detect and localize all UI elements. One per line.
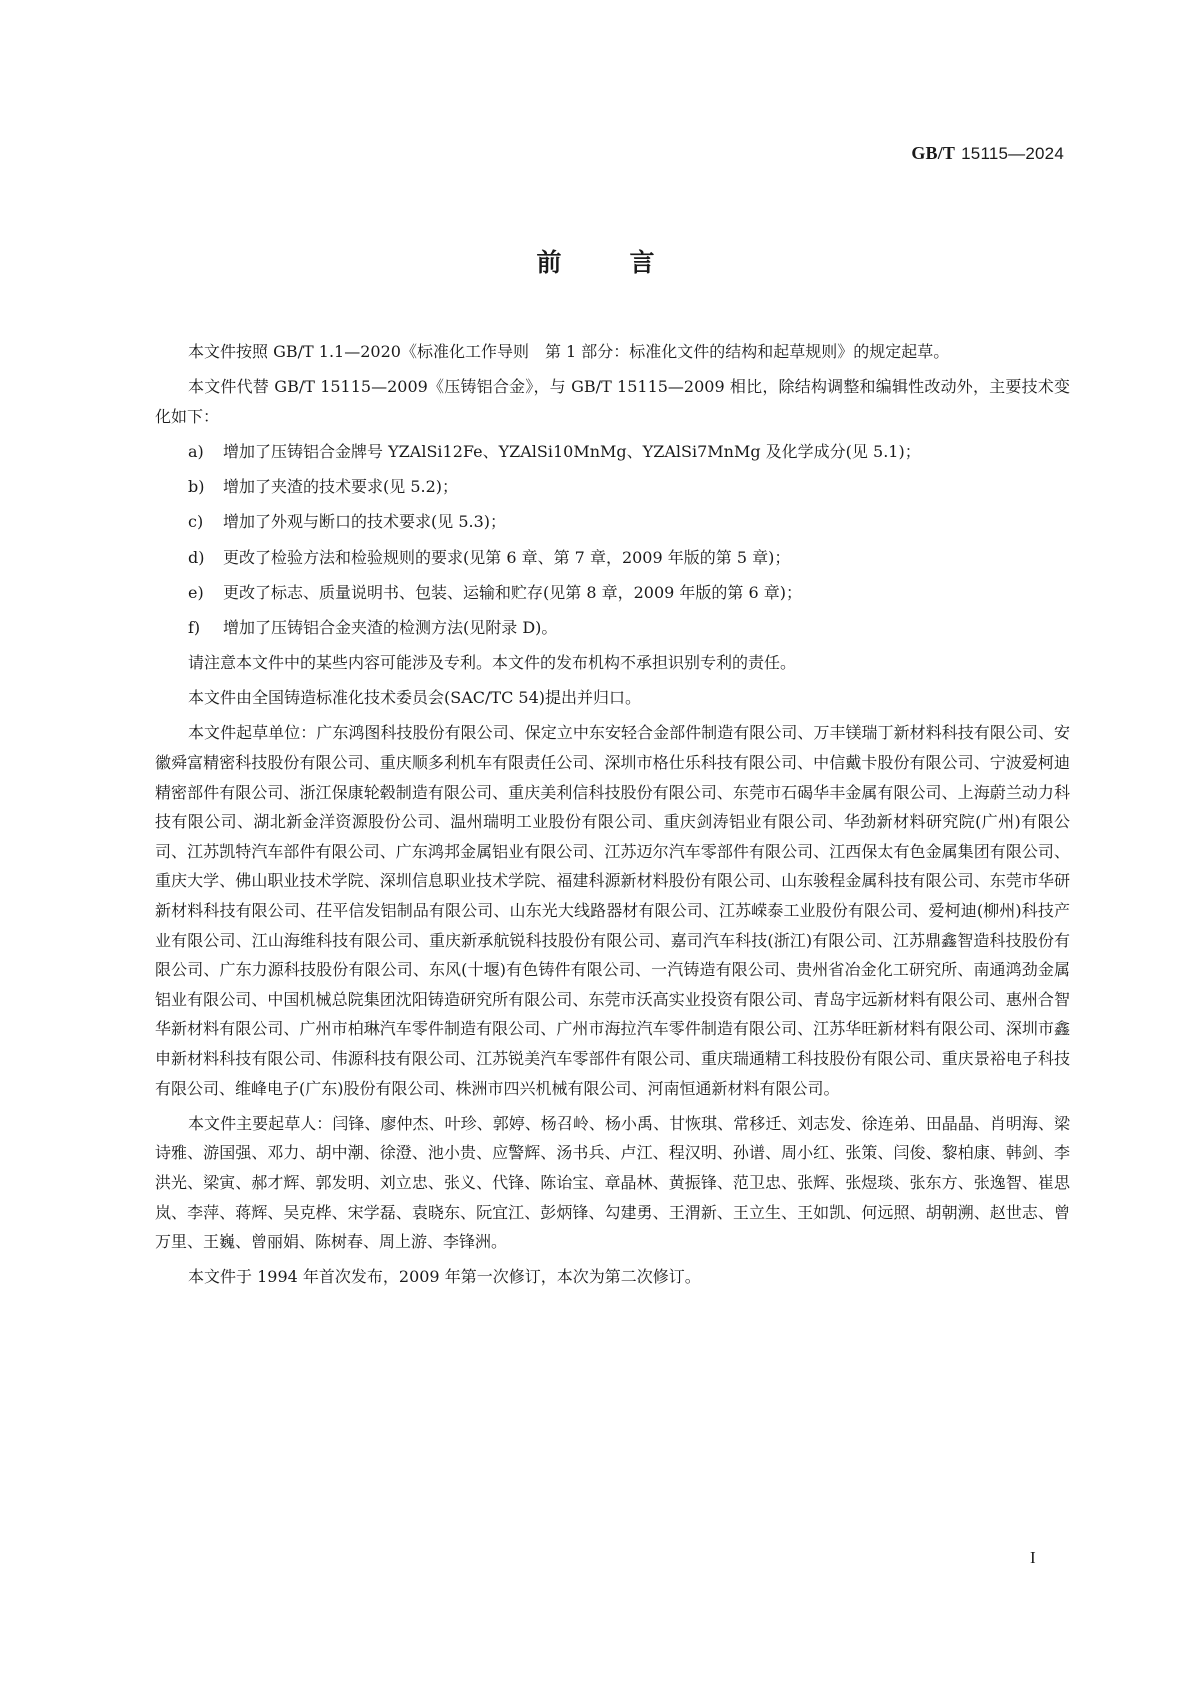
foreword-body: 本文件按照 GB/T 1.1—2020《标准化工作导则 第 1 部分：标准化文件… <box>155 337 1070 1298</box>
list-text: 更改了检验方法和检验规则的要求(见第 6 章、第 7 章，2009 年版的第 5… <box>223 543 1070 573</box>
change-item-e: e) 更改了标志、质量说明书、包装、运输和贮存(见第 8 章，2009 年版的第… <box>155 578 1070 608</box>
list-text: 更改了标志、质量说明书、包装、运输和贮存(见第 8 章，2009 年版的第 6 … <box>223 578 1070 608</box>
list-marker: e) <box>188 578 223 608</box>
change-item-c: c) 增加了外观与断口的技术要求(见 5.3)； <box>155 507 1070 537</box>
page-title: 前言 <box>0 243 1191 279</box>
standard-code-header: GB/T15115—2024 <box>911 143 1064 164</box>
title-char-1: 前 <box>536 243 561 279</box>
standard-number: 15115—2024 <box>961 144 1064 163</box>
list-text: 增加了夹渣的技术要求(见 5.2)； <box>223 472 1070 502</box>
change-item-d: d) 更改了检验方法和检验规则的要求(见第 6 章、第 7 章，2009 年版的… <box>155 543 1070 573</box>
proposer-statement: 本文件由全国铸造标准化技术委员会(SAC/TC 54)提出并归口。 <box>155 683 1070 713</box>
list-marker: b) <box>188 472 223 502</box>
list-text: 增加了压铸铝合金夹渣的检测方法(见附录 D)。 <box>223 613 1070 643</box>
standard-prefix: GB/T <box>911 143 955 163</box>
list-text: 增加了外观与断口的技术要求(见 5.3)； <box>223 507 1070 537</box>
change-item-f: f) 增加了压铸铝合金夹渣的检测方法(见附录 D)。 <box>155 613 1070 643</box>
replacement-paragraph: 本文件代替 GB/T 15115—2009《压铸铝合金》，与 GB/T 1511… <box>155 372 1070 431</box>
change-item-b: b) 增加了夹渣的技术要求(见 5.2)； <box>155 472 1070 502</box>
publication-history: 本文件于 1994 年首次发布，2009 年第一次修订，本次为第二次修订。 <box>155 1262 1070 1292</box>
patent-notice: 请注意本文件中的某些内容可能涉及专利。本文件的发布机构不承担识别专利的责任。 <box>155 648 1070 678</box>
list-marker: f) <box>188 613 223 643</box>
list-marker: c) <box>188 507 223 537</box>
drafting-units: 本文件起草单位：广东鸿图科技股份有限公司、保定立中东安轻合金部件制造有限公司、万… <box>155 718 1070 1103</box>
list-marker: d) <box>188 543 223 573</box>
list-text: 增加了压铸铝合金牌号 YZAlSi12Fe、YZAlSi10MnMg、YZAlS… <box>223 437 1070 467</box>
page-number: I <box>1030 1548 1036 1568</box>
title-char-2: 言 <box>630 243 655 279</box>
change-item-a: a) 增加了压铸铝合金牌号 YZAlSi12Fe、YZAlSi10MnMg、YZ… <box>155 437 1070 467</box>
main-drafters: 本文件主要起草人：闫锋、廖仲杰、叶珍、郭婷、杨召岭、杨小禹、甘恢琪、常移迁、刘志… <box>155 1109 1070 1257</box>
drafting-rules-paragraph: 本文件按照 GB/T 1.1—2020《标准化工作导则 第 1 部分：标准化文件… <box>155 337 1070 367</box>
list-marker: a) <box>188 437 223 467</box>
